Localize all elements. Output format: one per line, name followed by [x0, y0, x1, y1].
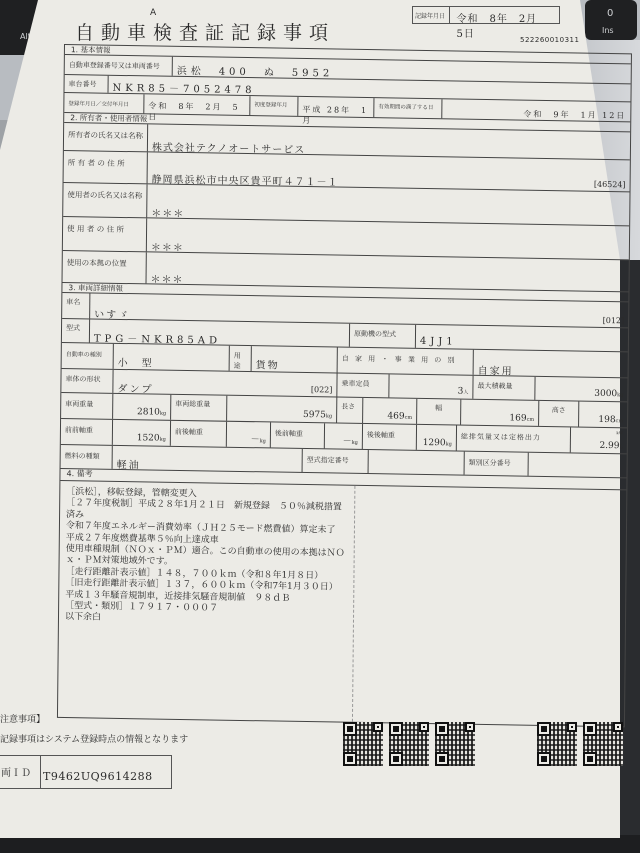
qr-code-group-left	[343, 722, 475, 766]
owner-user-label: 使用の本拠の位置	[63, 251, 147, 283]
registration-label: 自動車登録番号又は車両番号	[65, 55, 173, 76]
vehicle-weight-label: 車両重量	[61, 393, 113, 419]
owner-user-label: 所 有 者 の 住 所	[64, 151, 148, 183]
qr-code	[343, 722, 383, 766]
displacement-value: 2.99	[599, 441, 619, 451]
record-date-label: 記録年月日	[413, 7, 450, 23]
front-rear-axle-value: －	[251, 435, 260, 445]
rear-rear-axle-label: 後後軸重	[363, 424, 417, 450]
reg-date-label: 登録年月日／交付年月日	[64, 93, 144, 113]
max-load-value: 3000	[594, 389, 617, 399]
use-label: 用途	[230, 346, 252, 371]
document-number: 522260010311	[520, 36, 579, 44]
expiry-value: 令和 9年 1月 12日	[442, 99, 630, 121]
capacity-label: 乗車定員	[337, 374, 389, 398]
type-designation-label: 型式指定番号	[303, 449, 369, 473]
vehicle-type-value: 小 型	[114, 344, 230, 371]
vehicle-id-value: T9462UQ9614288	[41, 756, 155, 788]
gross-weight-label: 車両総重量	[171, 395, 227, 421]
height-label: 高さ	[539, 401, 579, 427]
caution-text: 記録事項はシステム登録時点の情報となります	[0, 732, 188, 745]
owner-user-label: 使用者の氏名又は名称	[63, 183, 147, 217]
qr-code-group-right	[537, 722, 623, 766]
fuel-label: 燃料の種類	[61, 445, 113, 469]
vehicle-id-label: 両ＩＤ	[0, 756, 41, 788]
car-name-code: [012]	[603, 316, 625, 325]
record-date-value: 令和 8年 2月 5日	[450, 7, 559, 23]
model-label: 型式	[62, 319, 90, 342]
caution-heading: 注意事項】	[0, 712, 45, 725]
category-number-label: 類別区分番号	[465, 452, 529, 476]
width-label: 幅	[417, 399, 461, 425]
engine-value: 4JJ1	[416, 325, 628, 352]
engine-label: 原動機の型式	[350, 324, 416, 348]
record-form: 1. 基本情報 自動車登録番号又は車両番号 浜松 400 ぬ 5952 車台番号…	[57, 44, 632, 727]
car-name-label: 車名	[62, 293, 90, 318]
vehicle-weight-value: 2810	[137, 407, 160, 417]
body-shape-label: 車体の形状	[61, 369, 113, 393]
front-front-axle-value: 1520	[137, 433, 160, 443]
length-value: 469	[387, 411, 404, 421]
title-mark: A	[150, 8, 156, 18]
type-designation-value	[369, 450, 465, 475]
owner-user-code: [46524]	[594, 180, 626, 190]
gross-weight-value: 5975	[303, 410, 326, 420]
max-load-label: 最大積載量	[473, 376, 535, 400]
qr-code	[435, 722, 475, 766]
first-reg-value: 平成 28年 1月	[298, 97, 374, 117]
rear-front-axle-value: －	[343, 437, 352, 447]
vehicle-id-box: 両ＩＤ T9462UQ9614288	[0, 755, 172, 789]
rear-front-axle-label: 後前軸重	[271, 422, 325, 448]
model-value: TPG－NKR85AD	[90, 319, 350, 346]
owner-user-value: ＊＊＊	[150, 274, 183, 286]
front-rear-axle-label: 前後軸重	[171, 421, 227, 447]
qr-code	[389, 722, 429, 766]
category-number-value	[529, 453, 627, 478]
width-value: 169	[509, 413, 526, 423]
owner-user-label: 所有者の氏名又は名称	[64, 123, 148, 151]
private-business-label: 自 家 用 ・ 事 業 用 の 別	[338, 348, 474, 375]
height-value: 198	[598, 415, 615, 425]
document-title: 自動車検査証記録事項	[75, 18, 335, 45]
qr-code	[537, 722, 577, 766]
first-reg-label: 初度登録年月	[250, 96, 298, 116]
body-shape-code: [022]	[311, 385, 333, 394]
use-value: 貨物	[252, 346, 338, 372]
chassis-label: 車台番号	[64, 75, 108, 93]
fuel-value: 軽油	[113, 446, 303, 472]
reg-date-value: 令和 8年 2月 5日	[144, 94, 250, 115]
qr-code	[583, 722, 623, 766]
front-front-axle-label: 前前軸重	[61, 419, 113, 445]
displacement-label: 総排気量又は定格出力	[457, 426, 571, 453]
remarks-block: ［浜松］，移転登録，管轄変更入［２７年度税制］平成２８年1月２１日 新規登録 ５…	[58, 481, 626, 726]
rear-rear-axle-value: 1290	[423, 438, 446, 448]
record-date-box: 記録年月日 令和 8年 2月 5日	[412, 6, 560, 24]
length-label: 長さ	[337, 398, 363, 423]
owner-user-label: 使 用 者 の 住 所	[63, 217, 147, 251]
vehicle-type-label: 自動車の種別	[62, 343, 114, 369]
vehicle-inspection-record: A 自動車検査証記録事項 記録年月日 令和 8年 2月 5日 522260010…	[0, 0, 640, 853]
private-business-value: 自家用	[474, 350, 628, 378]
expiry-label: 有効期間の満了する日	[374, 98, 442, 118]
